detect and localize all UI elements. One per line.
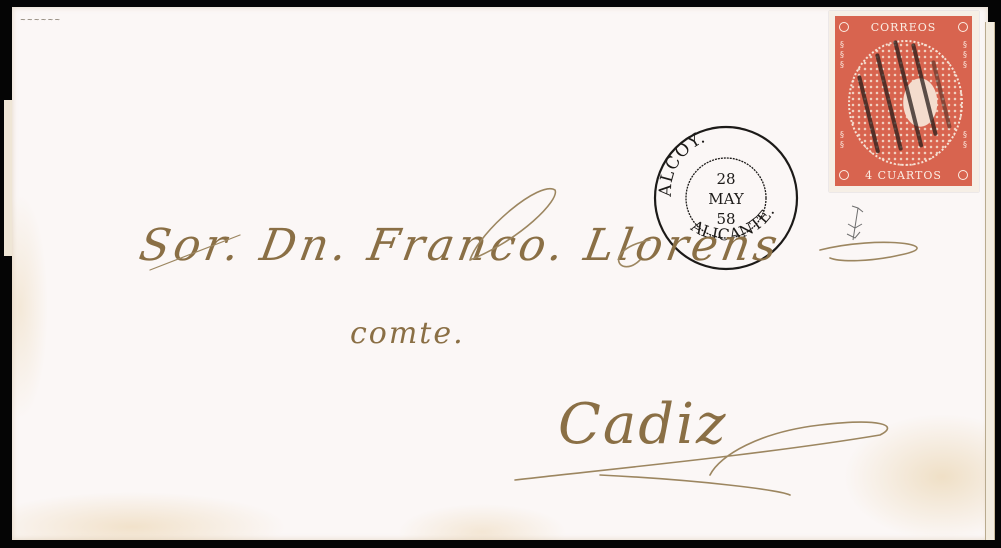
address-line-commerce: comte. [350,316,465,351]
postmark-month: MAY [708,190,745,208]
right-paper-edge [985,22,995,540]
postage-stamp: CORREOS §§§§§ §§§§§ 4 CUARTOS [829,11,979,192]
stamp-corner-ornament [958,22,968,32]
stamp-design: CORREOS §§§§§ §§§§§ 4 CUARTOS [835,16,972,186]
postmark-day: 28 [716,170,735,188]
stamp-top-label: CORREOS [835,18,972,36]
address-line-recipient: Sor. Dn. Franco. Llorens [136,220,786,271]
address-line-city: Cadiz [558,392,728,457]
svg-text:ALCOY.: ALCOY. [656,127,709,198]
stamp-side-ornament: §§§§§ [837,40,847,162]
postmark-town: ALCOY. [656,127,709,198]
corner-mark: ~~~~~~ [20,16,61,24]
stamp-bottom-label: 4 CUARTOS [835,166,972,184]
stamp-corner-ornament [839,22,849,32]
